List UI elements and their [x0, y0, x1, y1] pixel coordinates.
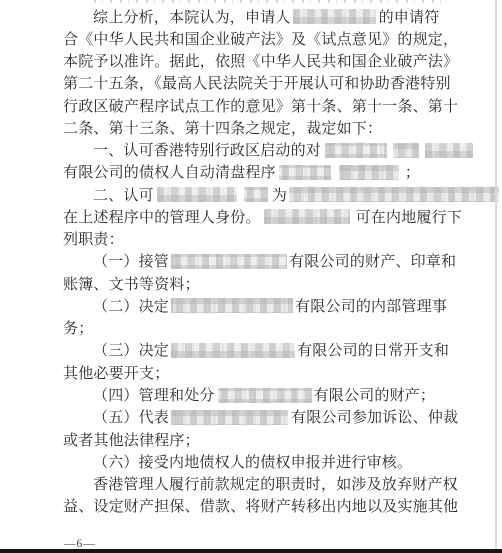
- cutoff-previous-line-remnant: [94, 0, 446, 3]
- text-run: 二、认可: [93, 188, 154, 204]
- text-run: （五）代表: [93, 410, 169, 426]
- doc-line: 行政区破产程序试点工作的意见》第十条、第十一条、第十: [63, 96, 483, 118]
- doc-line: 有限公司的债权人自动清盘程序；: [63, 162, 483, 184]
- doc-line: （二）决定有限公司的内部管理事: [63, 296, 483, 318]
- text-run: 有限公司的内部管理事: [295, 299, 447, 315]
- text-block: 综上分析，本院认为，申请人的申请符合《中华人民共和国企业破产法》及《试点意见》的…: [63, 7, 483, 519]
- text-run: （二）决定: [93, 299, 169, 315]
- page-edge-line: [495, 0, 497, 550]
- text-run: 有限公司的财产；: [314, 388, 436, 404]
- redaction-block: [218, 388, 312, 403]
- redaction-block: [171, 254, 287, 269]
- text-run: 香港管理人履行前款规定的职责时，如涉及放弃财产权: [93, 477, 458, 493]
- text-run: 或者其他法律程序；: [63, 433, 200, 449]
- text-run: 益、设定财产担保、借款、将财产转移出内地以及实施其他: [63, 499, 458, 515]
- text-run: 有限公司的财产、印章和: [289, 254, 456, 270]
- doc-line: 香港管理人履行前款规定的职责时，如涉及放弃财产权: [63, 474, 483, 496]
- text-run: 列职责：: [63, 232, 124, 248]
- redaction-block: [289, 187, 499, 202]
- redaction-block: [393, 143, 419, 158]
- doc-line: 合《中华人民共和国企业破产法》及《试点意见》的规定，: [63, 29, 483, 51]
- doc-line: 务；: [63, 318, 483, 340]
- doc-line: （三）决定有限公司的日常开支和: [63, 340, 483, 362]
- doc-line: 二条、第十三条、第十四条之规定，裁定如下：: [63, 118, 483, 140]
- scanned-document-page: 综上分析，本院认为，申请人的申请符合《中华人民共和国企业破产法》及《试点意见》的…: [0, 0, 502, 553]
- text-run: 行政区破产程序试点工作的意见》第十条、第十一条、第十: [63, 99, 458, 115]
- text-run: 一、认可香港特别行政区启动的对: [93, 143, 321, 159]
- text-run: （六）接受内地债权人的债权申报并进行审核。: [93, 455, 412, 471]
- doc-line: （四）管理和处分有限公司的财产；: [63, 385, 483, 407]
- text-run: 合《中华人民共和国企业破产法》及《试点意见》的规定，: [63, 32, 458, 48]
- text-run: 为: [272, 188, 287, 204]
- text-run: 务；: [63, 321, 93, 337]
- text-run: 在上述程序中的管理人身份。: [63, 210, 261, 226]
- doc-line: 益、设定财产担保、借款、将财产转移出内地以及实施其他: [63, 496, 483, 518]
- text-run: 其他必要开支；: [63, 366, 169, 382]
- doc-line: 综上分析，本院认为，申请人的申请符: [63, 7, 483, 29]
- doc-line: 第二十五条，《最高人民法院关于开展认可和协助香港特别: [63, 73, 483, 95]
- doc-line: 账簿、文书等资料；: [63, 274, 483, 296]
- text-run: ；: [405, 165, 420, 181]
- bottom-scan-rule: [0, 549, 502, 553]
- text-run: 有限公司参加诉讼、仲裁: [291, 410, 458, 426]
- text-run: （一）接管: [93, 254, 169, 270]
- redaction-block: [425, 143, 473, 158]
- gap: [331, 176, 339, 177]
- redaction-block: [171, 343, 295, 358]
- redaction-block: [279, 165, 331, 180]
- text-run: 的申请符: [379, 10, 440, 26]
- text-run: 本院予以准许。据此，依照《中华人民共和国企业破产法》: [63, 54, 458, 70]
- text-run: （四）管理和处分: [93, 388, 215, 404]
- doc-line: （六）接受内地债权人的债权申报并进行审核。: [63, 452, 483, 474]
- doc-line: 本院予以准许。据此，依照《中华人民共和国企业破产法》: [63, 51, 483, 73]
- text-run: 第二十五条，《最高人民法院关于开展认可和协助香港特别: [63, 76, 451, 92]
- text-run: （三）决定: [93, 343, 169, 359]
- doc-line: 在上述程序中的管理人身份。可在内地履行下: [63, 207, 483, 229]
- doc-line: 其他必要开支；: [63, 363, 483, 385]
- doc-line: 一、认可香港特别行政区启动的对: [63, 140, 483, 162]
- text-run: 二条、第十三条、第十四条之规定，裁定如下：: [63, 121, 382, 137]
- gap: [237, 199, 244, 200]
- redaction-block: [325, 143, 387, 158]
- redaction-block: [264, 209, 350, 224]
- redaction-block: [157, 187, 237, 202]
- doc-line: 列职责：: [63, 229, 483, 251]
- redaction-block: [171, 298, 293, 313]
- doc-line: 二、认可为: [63, 185, 483, 207]
- redaction-block: [171, 410, 288, 425]
- text-run: 账簿、文书等资料；: [63, 277, 200, 293]
- text-run: 综上分析，本院认为，申请人: [93, 10, 291, 26]
- text-run: 可在内地履行下: [356, 210, 462, 226]
- text-run: 有限公司的债权人自动清盘程序: [63, 165, 276, 181]
- text-run: 有限公司的日常开支和: [297, 343, 449, 359]
- doc-line: （五）代表有限公司参加诉讼、仲裁: [63, 407, 483, 429]
- redaction-block: [339, 165, 399, 180]
- doc-line: 或者其他法律程序；: [63, 430, 483, 452]
- redaction-block: [293, 9, 376, 24]
- doc-line: （一）接管有限公司的财产、印章和: [63, 251, 483, 273]
- redaction-block: [244, 187, 268, 202]
